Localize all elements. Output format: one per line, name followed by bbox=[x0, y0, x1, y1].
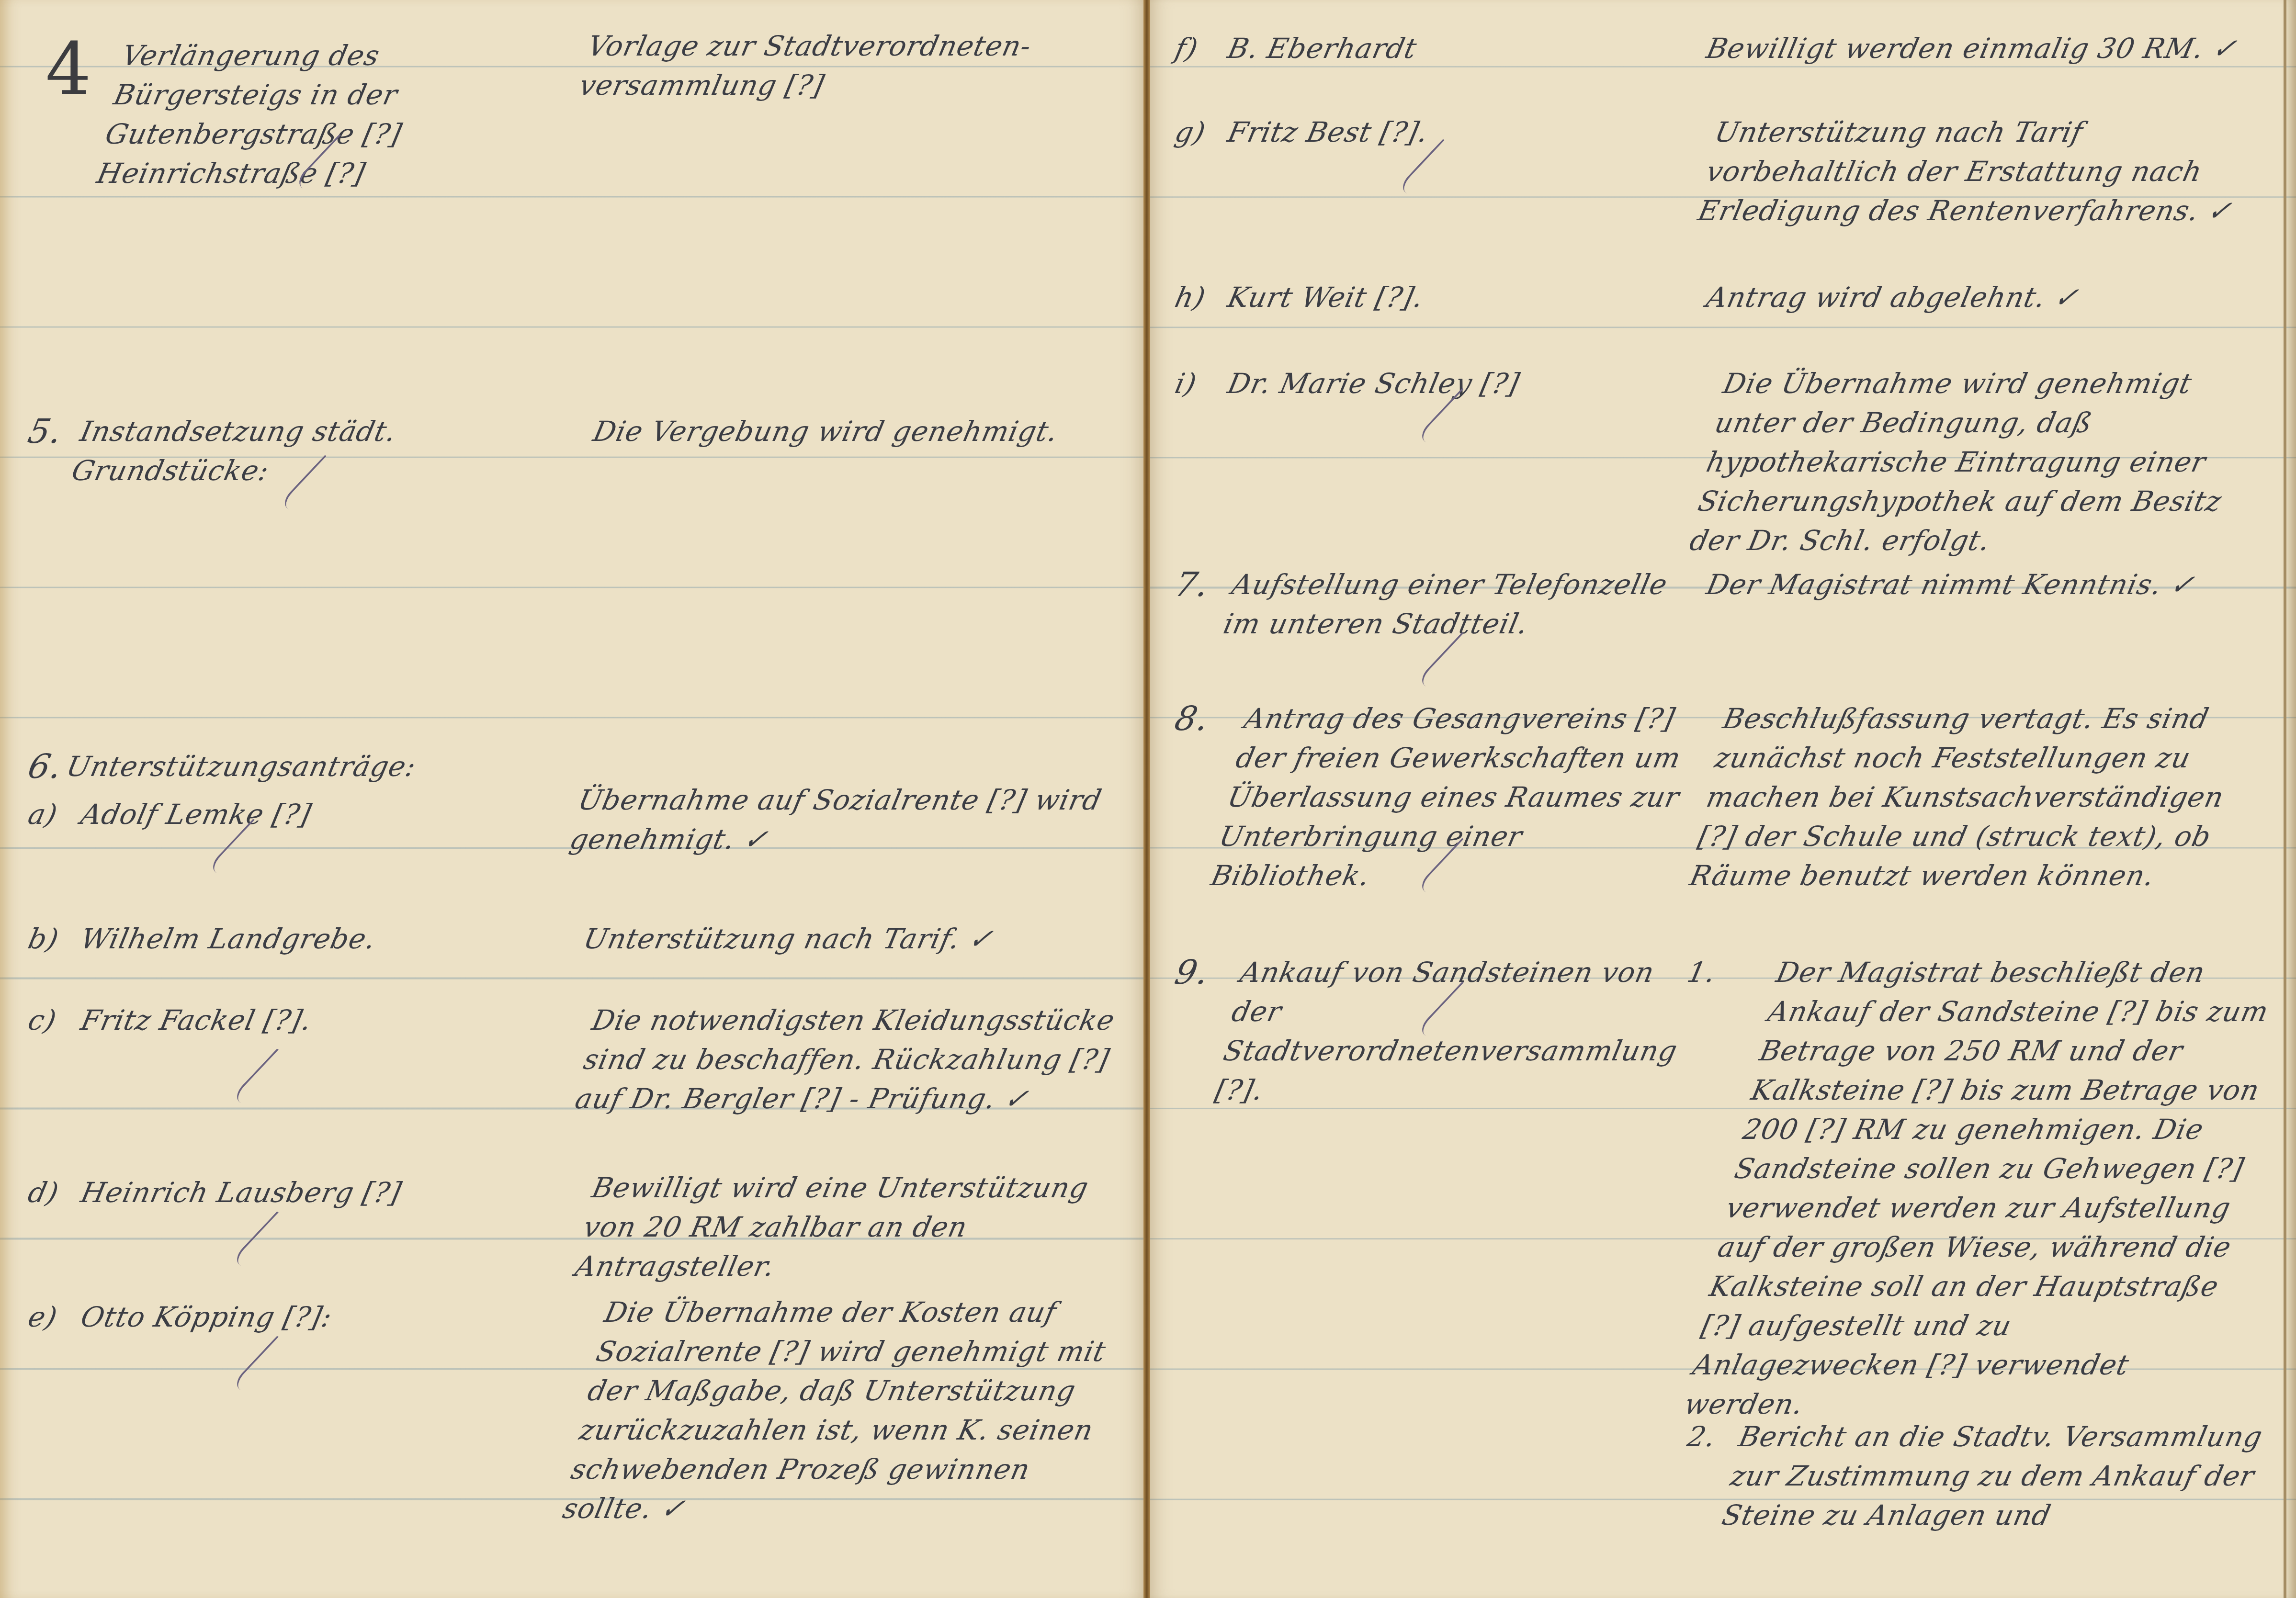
item-number: 4 bbox=[45, 34, 91, 105]
subitem-decision: Unterstützung nach Tarif vorbehaltlich d… bbox=[1695, 113, 2270, 230]
item-decision: Vorlage zur Stadtverordneten­versammlung… bbox=[576, 26, 1096, 105]
item-decision: Der Magistrat nimmt Kenntnis. ✓ bbox=[1703, 565, 2262, 604]
decision-point-text: Der Magistrat beschließt den Ankauf der … bbox=[1681, 953, 2296, 1424]
subitem-decision: Unterstützung nach Tarif. ✓ bbox=[580, 919, 1115, 958]
subitem-label: e) bbox=[24, 1297, 61, 1337]
subitem-name: Otto Köpping [?]: bbox=[77, 1297, 516, 1337]
subitem-name: Heinrich Lausberg [?] bbox=[77, 1173, 516, 1212]
subitem-decision: Bewilligt werden einmalig 30 RM. ✓ bbox=[1703, 29, 2262, 68]
subitem-decision: Antrag wird abgelehnt. ✓ bbox=[1703, 278, 2262, 317]
subitem-label: h) bbox=[1171, 278, 1209, 317]
decision-point-text: Bericht an die Stadtv. Versammlung zur Z… bbox=[1719, 1417, 2270, 1535]
item-number: 5. bbox=[24, 412, 66, 451]
item-number: 8. bbox=[1171, 699, 1212, 738]
subitem-name: Fritz Fackel [?]. bbox=[77, 1001, 516, 1040]
subitem-label: i) bbox=[1171, 364, 1200, 403]
subitem-label: g) bbox=[1171, 113, 1209, 152]
check-mark-icon bbox=[230, 1048, 304, 1110]
subitem-decision: Die Übernahme wird genehmigt unter der B… bbox=[1686, 364, 2278, 560]
subitem-label: f) bbox=[1171, 29, 1202, 68]
item-topic: Ankauf von Sandsteinen von der Stadtvero… bbox=[1211, 953, 1700, 1110]
check-mark-icon bbox=[230, 1336, 304, 1397]
item-decision: Die Vergebung wird genehmigt. bbox=[589, 412, 1100, 451]
item-number: 6. bbox=[24, 747, 66, 786]
item-topic: Aufstellung einer Telefonzelle im untere… bbox=[1220, 565, 1692, 643]
subitem-decision: Die Übernahme der Kosten auf Sozialrente… bbox=[559, 1293, 1136, 1528]
subitem-label: b) bbox=[24, 919, 62, 958]
subitem-label: a) bbox=[24, 795, 61, 834]
check-mark-icon bbox=[230, 1211, 304, 1273]
item-topic: Unterstützungsanträge: bbox=[63, 747, 406, 786]
subitem-decision: Bewilligt wird eine Unterstützung von 20… bbox=[572, 1168, 1123, 1286]
subitem-name: Dr. Marie Schley [?] bbox=[1224, 364, 1663, 403]
ledger-spread: 4 Verlängerung des Bürgersteigs in der G… bbox=[0, 0, 2296, 1598]
subitem-label: d) bbox=[24, 1173, 62, 1212]
left-page: 4 Verlängerung des Bürgersteigs in der G… bbox=[0, 0, 1147, 1598]
subitem-decision: Die notwendigsten Kleidungsstücke sind z… bbox=[572, 1001, 1123, 1118]
item-number: 9. bbox=[1171, 953, 1212, 992]
page-edge bbox=[2284, 0, 2286, 1598]
subitem-name: Adolf Lemke [?] bbox=[77, 795, 516, 834]
right-page: f) B. Eberhardt Bewilligt werden einmali… bbox=[1147, 0, 2296, 1598]
item-number: 7. bbox=[1171, 565, 1212, 604]
item-decision: Beschlußfassung vertagt. Es sind zunächs… bbox=[1686, 699, 2278, 895]
subitem-decision: Übernahme auf Sozialrente [?] wird geneh… bbox=[566, 780, 1110, 859]
book-gutter bbox=[1143, 0, 1150, 1598]
subitem-label: c) bbox=[24, 1001, 60, 1040]
subitem-name: Kurt Weit [?]. bbox=[1224, 278, 1663, 317]
subitem-name: B. Eberhardt bbox=[1224, 29, 1663, 68]
subitem-name: Wilhelm Landgrebe. bbox=[77, 919, 516, 958]
